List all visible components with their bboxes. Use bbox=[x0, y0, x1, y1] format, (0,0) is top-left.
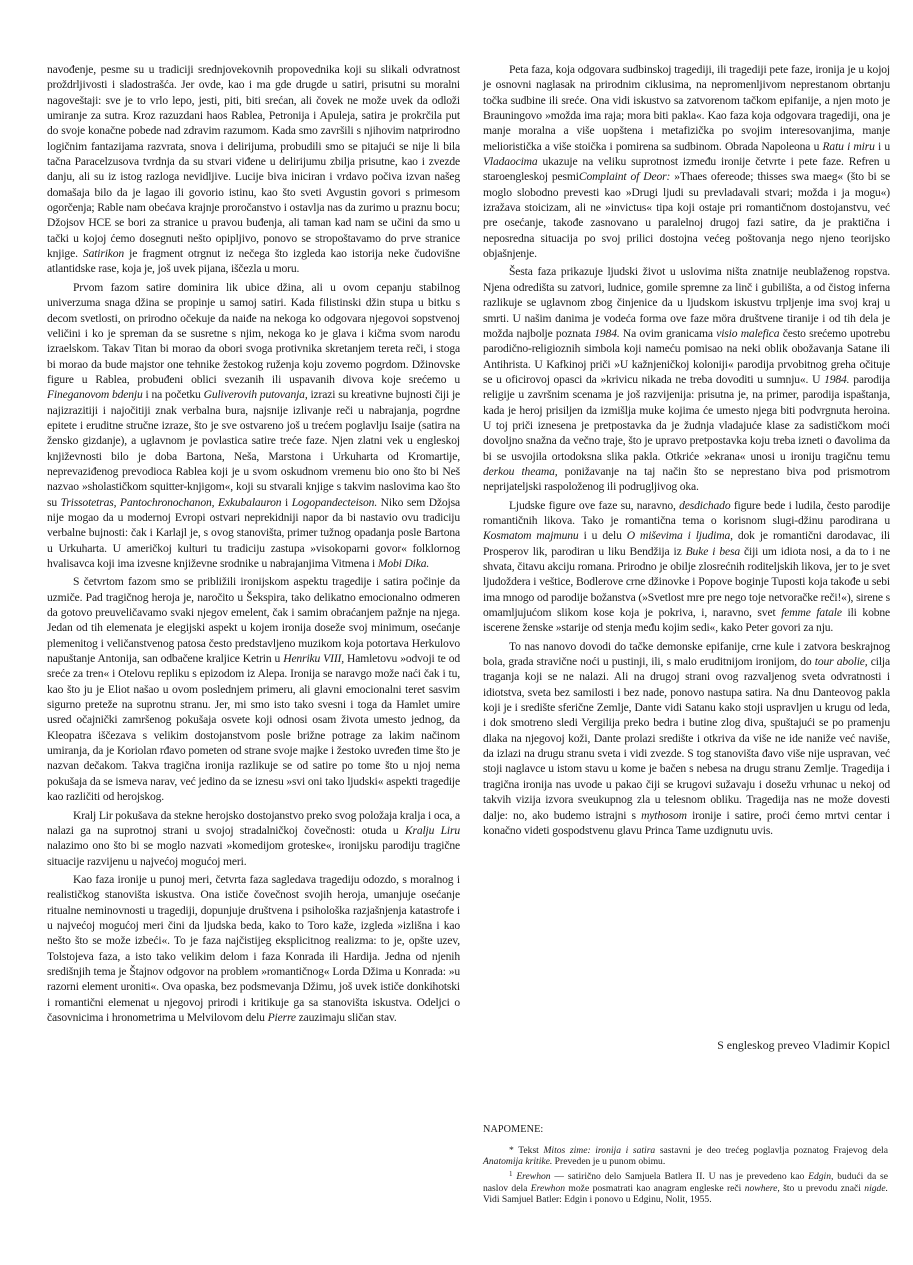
text-run: — satirično delo Samjuela Batlera II. U … bbox=[551, 1171, 808, 1182]
italic-title: 1984. bbox=[824, 373, 849, 386]
italic-title: visio malefica bbox=[716, 327, 779, 340]
italic-title: 1984. bbox=[594, 327, 619, 340]
italic-title: Erewhon bbox=[531, 1183, 565, 1194]
text-run: Kao faza ironije u punoj meri, četvrta f… bbox=[47, 873, 460, 1024]
italic-title: nigde. bbox=[864, 1183, 888, 1194]
text-run: i bbox=[281, 496, 291, 509]
footnote: 1 Erewhon — satirično delo Samjuela Batl… bbox=[483, 1169, 888, 1205]
italic-title: Erewhon bbox=[516, 1171, 550, 1182]
footnotes-title: NAPOMENE: bbox=[483, 1124, 888, 1135]
italic-title: Trissotetras, Pantochronochanon, Exkubal… bbox=[61, 496, 282, 509]
italic-title: Satirikon bbox=[83, 247, 124, 260]
paragraph: Šesta faza prikazuje ljudski život u usl… bbox=[483, 264, 890, 494]
text-run: Kralj Lir pokušava da stekne herojsko do… bbox=[47, 809, 460, 837]
text-run: parodija religije u završnim scenama je … bbox=[483, 373, 890, 463]
text-run: navođenje, pesme su u tradiciji srednjov… bbox=[47, 63, 460, 260]
paragraph: Prvom fazom satire dominira lik ubice dž… bbox=[47, 280, 460, 572]
italic-title: Vladaocima bbox=[483, 155, 538, 168]
text-run: Na ovim granicama bbox=[620, 327, 717, 340]
italic-title: Guliverovih putovanja, bbox=[204, 388, 308, 401]
paragraph: navođenje, pesme su u tradiciji srednjov… bbox=[47, 62, 460, 277]
text-run: Hamletovu »odvoji te od sreće za tren« i… bbox=[47, 652, 460, 803]
italic-title: Anatomija kritike. bbox=[483, 1156, 552, 1167]
text-run: što u prevodu znači bbox=[780, 1183, 864, 1194]
italic-title: Mobi Dika. bbox=[378, 557, 429, 570]
italic-title: mythosom bbox=[641, 809, 687, 822]
italic-title: Logopandecteison. bbox=[292, 496, 377, 509]
italic-title: femme fatale bbox=[781, 606, 842, 619]
text-run: Vidi Samjuel Batler: Edgin i ponovo u Ed… bbox=[483, 1194, 712, 1205]
italic-title: Mitos zime: ironija i satira bbox=[543, 1145, 655, 1156]
footnote-marker: 1 bbox=[509, 1170, 513, 1178]
text-run: Preveden je u punom obimu. bbox=[552, 1156, 665, 1167]
text-run: može posmatrati kao anagram engleske reč… bbox=[565, 1183, 745, 1194]
italic-title: Henriku VIII, bbox=[283, 652, 344, 665]
right-column: Peta faza, koja odgovara sudbinskoj trag… bbox=[483, 62, 890, 841]
paragraph: Peta faza, koja odgovara sudbinskoj trag… bbox=[483, 62, 890, 261]
italic-title: nowhere, bbox=[745, 1183, 780, 1194]
text-run: i na početku bbox=[143, 388, 204, 401]
paragraph: To nas nanovo dovodi do tačke demonske e… bbox=[483, 639, 890, 838]
italic-title: tour abolie, bbox=[815, 655, 868, 668]
text-run: izrazi su kreativne bujnosti čiji je naj… bbox=[47, 388, 460, 508]
text-run: Ljudske figure ove faze su, naravno, bbox=[509, 499, 679, 512]
text-run: Tekst bbox=[514, 1145, 544, 1156]
italic-title: Edgin, bbox=[808, 1171, 833, 1182]
footnote: * Tekst Mitos zime: ironija i satira sas… bbox=[483, 1145, 888, 1167]
text-run: i u bbox=[875, 140, 890, 153]
paragraph: S četvrtom fazom smo se približili ironi… bbox=[47, 574, 460, 804]
text-run: zauzimaju sličan stav. bbox=[296, 1011, 397, 1024]
paragraph: Kao faza ironije u punoj meri, četvrta f… bbox=[47, 872, 460, 1025]
footnotes-list: * Tekst Mitos zime: ironija i satira sas… bbox=[483, 1145, 888, 1205]
text-run: cilja traganja koji se ne nalazi. Ali na… bbox=[483, 655, 890, 821]
left-column: navođenje, pesme su u tradiciji srednjov… bbox=[47, 62, 460, 1028]
paragraph: Ljudske figure ove faze su, naravno, des… bbox=[483, 498, 890, 636]
italic-title: Buke i besa bbox=[686, 545, 740, 558]
text-run: sastavni je deo trećeg poglavlja poznato… bbox=[655, 1145, 888, 1156]
italic-title: Pierre bbox=[268, 1011, 296, 1024]
italic-title: Fineganovom bdenju bbox=[47, 388, 143, 401]
italic-title: O miševima i ljudima, bbox=[627, 529, 733, 542]
text-run: nalazimo ono što bi se moglo nazvati »ko… bbox=[47, 839, 460, 867]
footnotes: NAPOMENE: * Tekst Mitos zime: ironija i … bbox=[483, 1124, 888, 1207]
italic-title: desdichado bbox=[679, 499, 730, 512]
paragraph: Kralj Lir pokušava da stekne herojsko do… bbox=[47, 808, 460, 869]
translator-signature: S engleskog preveo Vladimir Kopicl bbox=[483, 1038, 890, 1053]
text-run: »Thaes ofereode; thisses swa maeg« (što … bbox=[483, 170, 890, 260]
italic-title: Kralju Liru bbox=[405, 824, 460, 837]
italic-title: Kosmatom majmunu bbox=[483, 529, 579, 542]
italic-title: Complaint of Deor: bbox=[579, 170, 670, 183]
italic-title: Ratu i miru bbox=[823, 140, 875, 153]
italic-title: derkou theama, bbox=[483, 465, 557, 478]
text-run: i u delu bbox=[579, 529, 627, 542]
text-run: Prvom fazom satire dominira lik ubice dž… bbox=[47, 281, 460, 386]
